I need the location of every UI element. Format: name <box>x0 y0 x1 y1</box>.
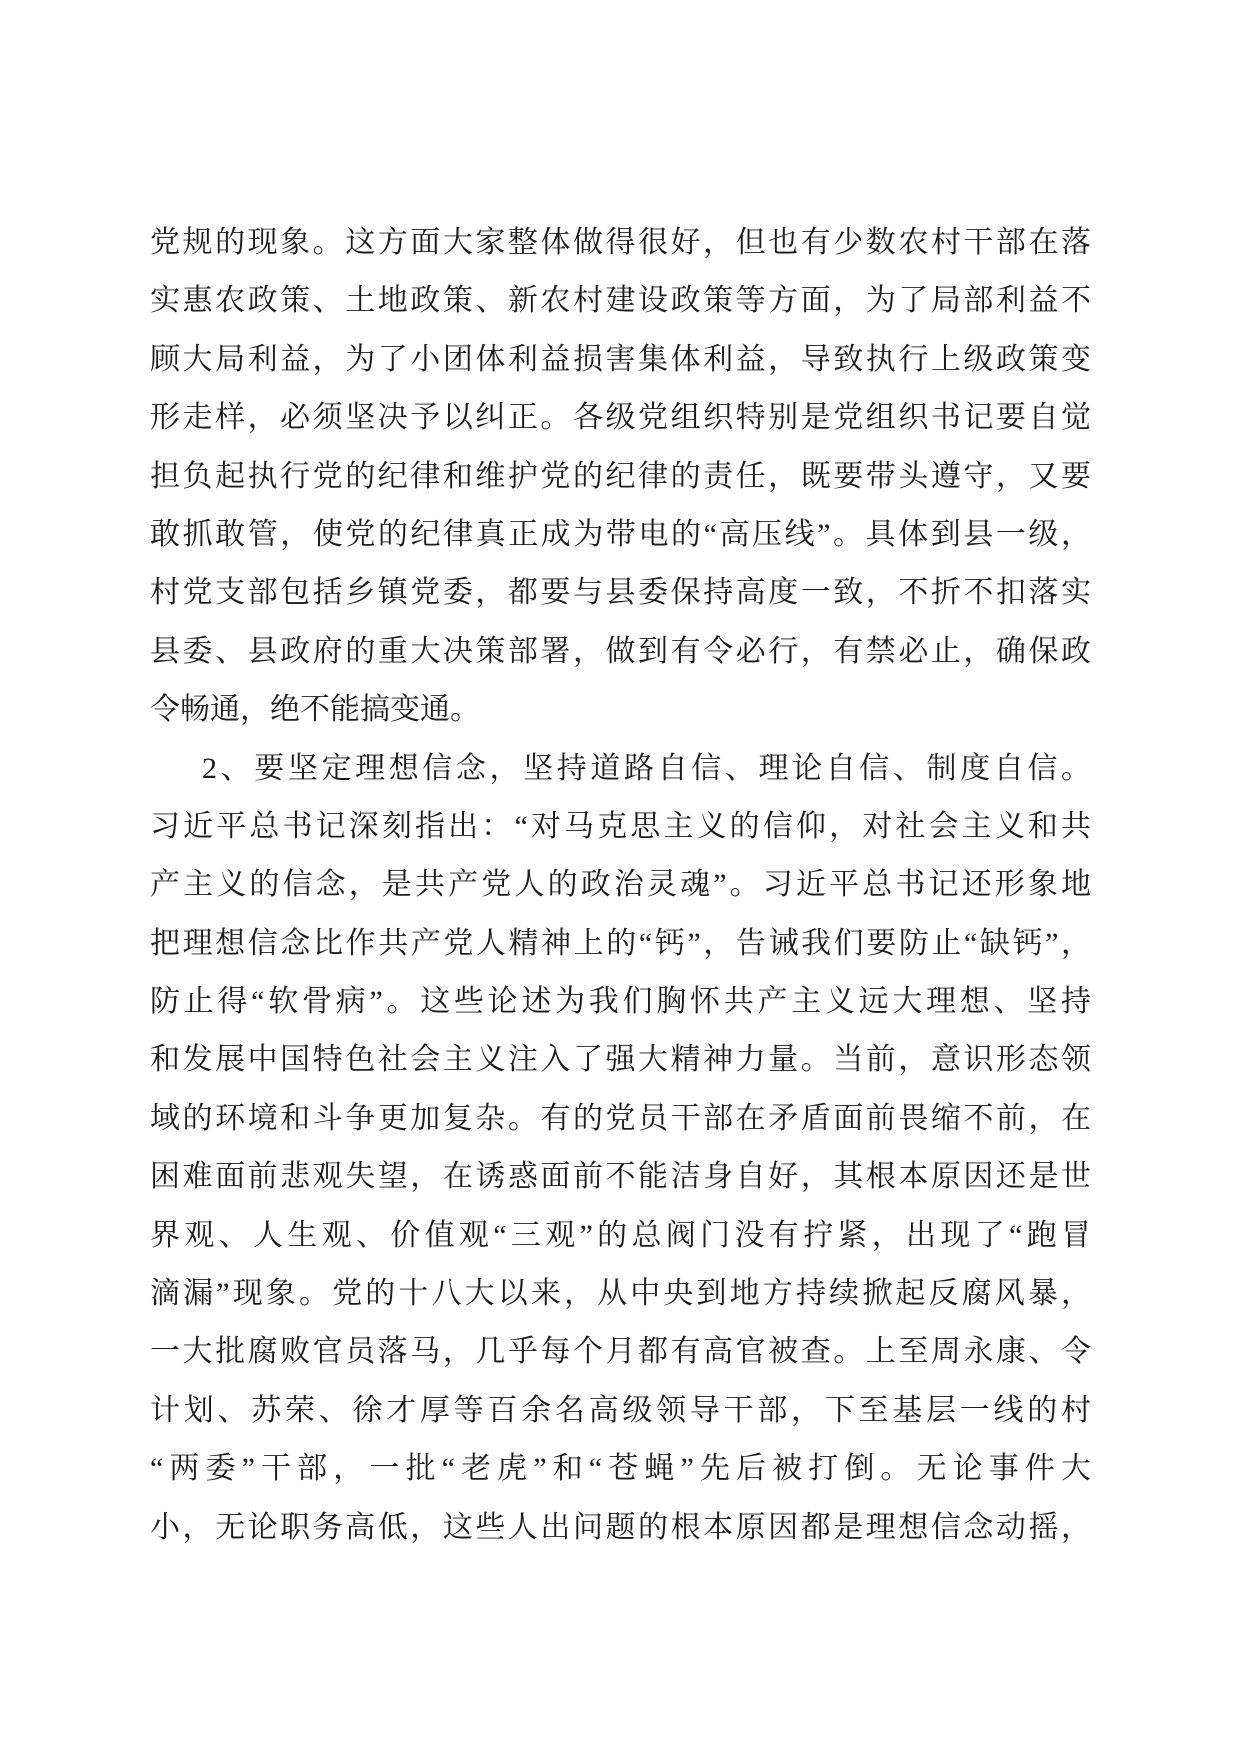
text-line: 2、要坚定理想信念，坚持道路自信、理论自信、制度自信。 <box>150 740 1091 798</box>
text-line: 域的环境和斗争更加复杂。有的党员干部在矛盾面前畏缩不前，在 <box>150 1090 1091 1148</box>
text-line: 实惠农政策、土地政策、新农村建设政策等方面，为了局部利益不 <box>150 272 1091 330</box>
document-text-block: 党规的现象。这方面大家整体做得很好，但也有少数农村干部在落实惠农政策、土地政策、… <box>150 214 1091 1557</box>
text-line: 习近平总书记深刻指出：“对马克思主义的信仰，对社会主义和共 <box>150 798 1091 856</box>
text-line: 小，无论职务高低，这些人出问题的根本原因都是理想信念动摇， <box>150 1499 1091 1557</box>
text-line: 困难面前悲观失望，在诱惑面前不能洁身自好，其根本原因还是世 <box>150 1148 1091 1206</box>
text-line: 把理想信念比作共产党人精神上的“钙”，告诫我们要防止“缺钙”， <box>150 915 1091 973</box>
text-line: 令畅通，绝不能搞变通。 <box>150 681 1091 739</box>
text-line: “两委”干部，一批“老虎”和“苍蝇”先后被打倒。无论事件大 <box>150 1440 1091 1498</box>
text-line: 防止得“软骨病”。这些论述为我们胸怀共产主义远大理想、坚持 <box>150 973 1091 1031</box>
text-line: 形走样，必须坚决予以纠正。各级党组织特别是党组织书记要自觉 <box>150 389 1091 447</box>
text-line: 界观、人生观、价值观“三观”的总阀门没有拧紧，出现了“跑冒 <box>150 1207 1091 1265</box>
text-line: 计划、苏荣、徐才厚等百余名高级领导干部，下至基层一线的村 <box>150 1382 1091 1440</box>
text-line: 和发展中国特色社会主义注入了强大精神力量。当前，意识形态领 <box>150 1031 1091 1089</box>
text-line: 产主义的信念，是共产党人的政治灵魂”。习近平总书记还形象地 <box>150 856 1091 914</box>
text-line: 党规的现象。这方面大家整体做得很好，但也有少数农村干部在落 <box>150 214 1091 272</box>
text-line: 一大批腐败官员落马，几乎每个月都有高官被查。上至周永康、令 <box>150 1323 1091 1381</box>
text-line: 县委、县政府的重大决策部署，做到有令必行，有禁必止，确保政 <box>150 623 1091 681</box>
text-line: 敢抓敢管，使党的纪律真正成为带电的“高压线”。具体到县一级， <box>150 506 1091 564</box>
text-line: 顾大局利益，为了小团体利益损害集体利益，导致执行上级政策变 <box>150 331 1091 389</box>
text-line: 滴漏”现象。党的十八大以来，从中央到地方持续掀起反腐风暴， <box>150 1265 1091 1323</box>
text-line: 担负起执行党的纪律和维护党的纪律的责任，既要带头遵守，又要 <box>150 448 1091 506</box>
text-line: 村党支部包括乡镇党委，都要与县委保持高度一致，不折不扣落实 <box>150 564 1091 622</box>
document-page: 党规的现象。这方面大家整体做得很好，但也有少数农村干部在落实惠农政策、土地政策、… <box>0 0 1241 1755</box>
